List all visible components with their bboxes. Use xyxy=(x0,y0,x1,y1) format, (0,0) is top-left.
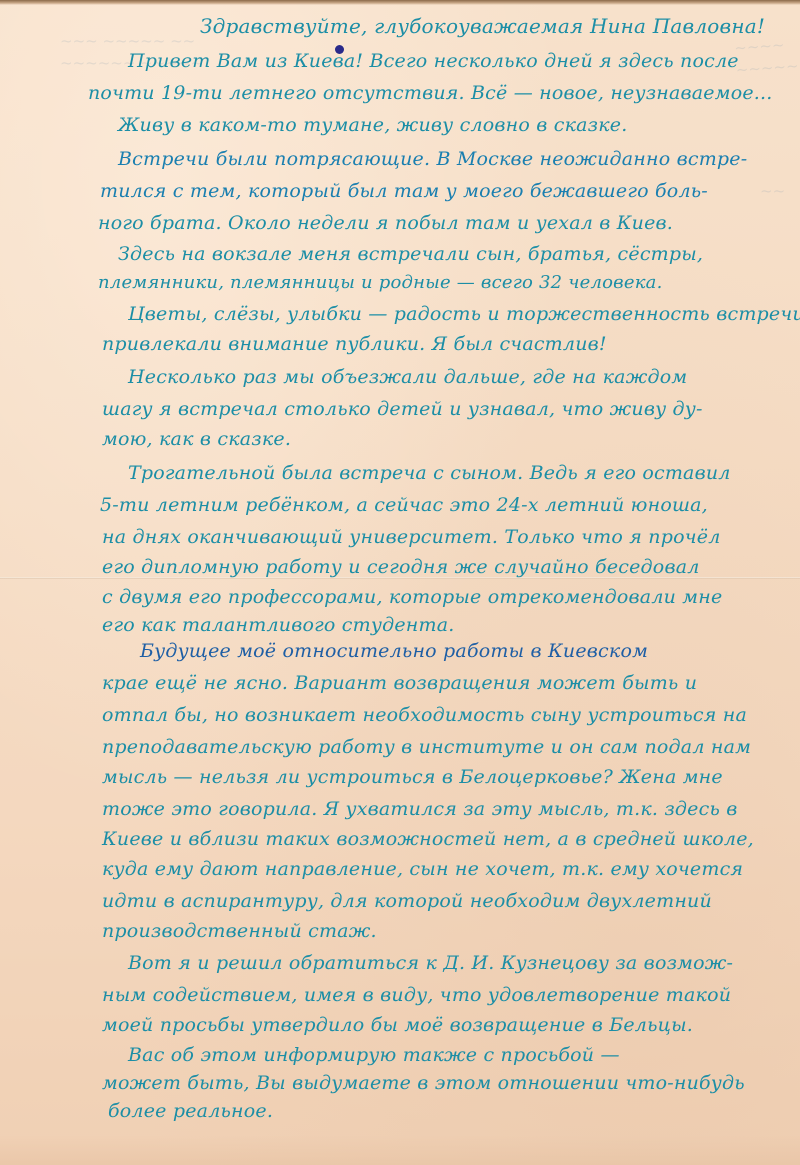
letter-line: куда ему дают направление, сын не хочет,… xyxy=(102,858,743,880)
letter-line: на днях оканчивающий университет. Только… xyxy=(102,526,721,548)
letter-line: почти 19-ти летнего отсутствия. Всё — но… xyxy=(88,82,773,104)
letter-line: тился с тем, который был там у моего беж… xyxy=(100,180,708,202)
letter-line: тоже это говорила. Я ухватился за эту мы… xyxy=(102,798,738,820)
letter-line: Вот я и решил обратиться к Д. И. Кузнецо… xyxy=(128,952,733,974)
letter-line: Вас об этом информирую также с просьбой … xyxy=(128,1044,620,1066)
letter-line: может быть, Вы выдумаете в этом отношени… xyxy=(102,1072,745,1094)
letter-line: Встречи были потрясающие. В Москве неожи… xyxy=(118,148,747,170)
letter-line: Цветы, слёзы, улыбки — радость и торжест… xyxy=(128,303,800,325)
letter-line: ного брата. Около недели я побыл там и у… xyxy=(98,212,673,234)
letter-line: более реальное. xyxy=(108,1100,273,1122)
letter-line: Будущее моё относительно работы в Киевск… xyxy=(140,640,648,662)
letter-line: Киеве и вблизи таких возможностей нет, а… xyxy=(102,828,754,850)
letter-line: моей просьбы утвердило бы моё возвращени… xyxy=(102,1014,693,1036)
letter-line: Трогательной была встреча с сыном. Ведь … xyxy=(128,462,731,484)
letter-line: преподавательскую работу в институте и о… xyxy=(102,736,751,758)
letter-line: привлекали внимание публики. Я был счаст… xyxy=(102,333,607,355)
letter-line: его дипломную работу и сегодня же случай… xyxy=(102,556,700,578)
letter-line: отпал бы, но возникает необходимость сын… xyxy=(102,704,747,726)
letter-line: племянники, племянницы и родные — всего … xyxy=(98,272,663,293)
letter-line: шагу я встречал столько детей и узнавал,… xyxy=(102,398,703,420)
salutation: Здравствуйте, глубокоуважаемая Нина Павл… xyxy=(200,14,765,38)
letter-line: с двумя его профессорами, которые отреко… xyxy=(102,586,722,608)
letter-line: мою, как в сказке. xyxy=(102,428,291,450)
letter-page: ~~~ ~~~~~ ~~~~~~~~ ~~~~~ ~~~~~~~~~ ~~ Зд… xyxy=(0,0,800,1165)
letter-line: Здесь на вокзале меня встречали сын, бра… xyxy=(118,243,703,265)
letter-line: производственный стаж. xyxy=(102,920,377,942)
letter-line: 5-ти летним ребёнком, а сейчас это 24-х … xyxy=(100,494,708,516)
letter-line: его как талантливого студента. xyxy=(102,614,454,636)
letter-line: Привет Вам из Киева! Всего несколько дне… xyxy=(128,50,739,72)
letter-line: Живу в каком-то тумане, живу словно в ск… xyxy=(118,114,627,136)
letter-line: ным содействием, имея в виду, что удовле… xyxy=(102,984,731,1006)
letter-line: Несколько раз мы объезжали дальше, где н… xyxy=(128,366,687,388)
letter-body: Здравствуйте, глубокоуважаемая Нина Павл… xyxy=(0,0,800,1165)
letter-line: крае ещё не ясно. Вариант возвращения мо… xyxy=(102,672,697,694)
letter-line: мысль — нельзя ли устроиться в Белоцерко… xyxy=(102,766,723,788)
letter-line: идти в аспирантуру, для которой необходи… xyxy=(102,890,712,912)
